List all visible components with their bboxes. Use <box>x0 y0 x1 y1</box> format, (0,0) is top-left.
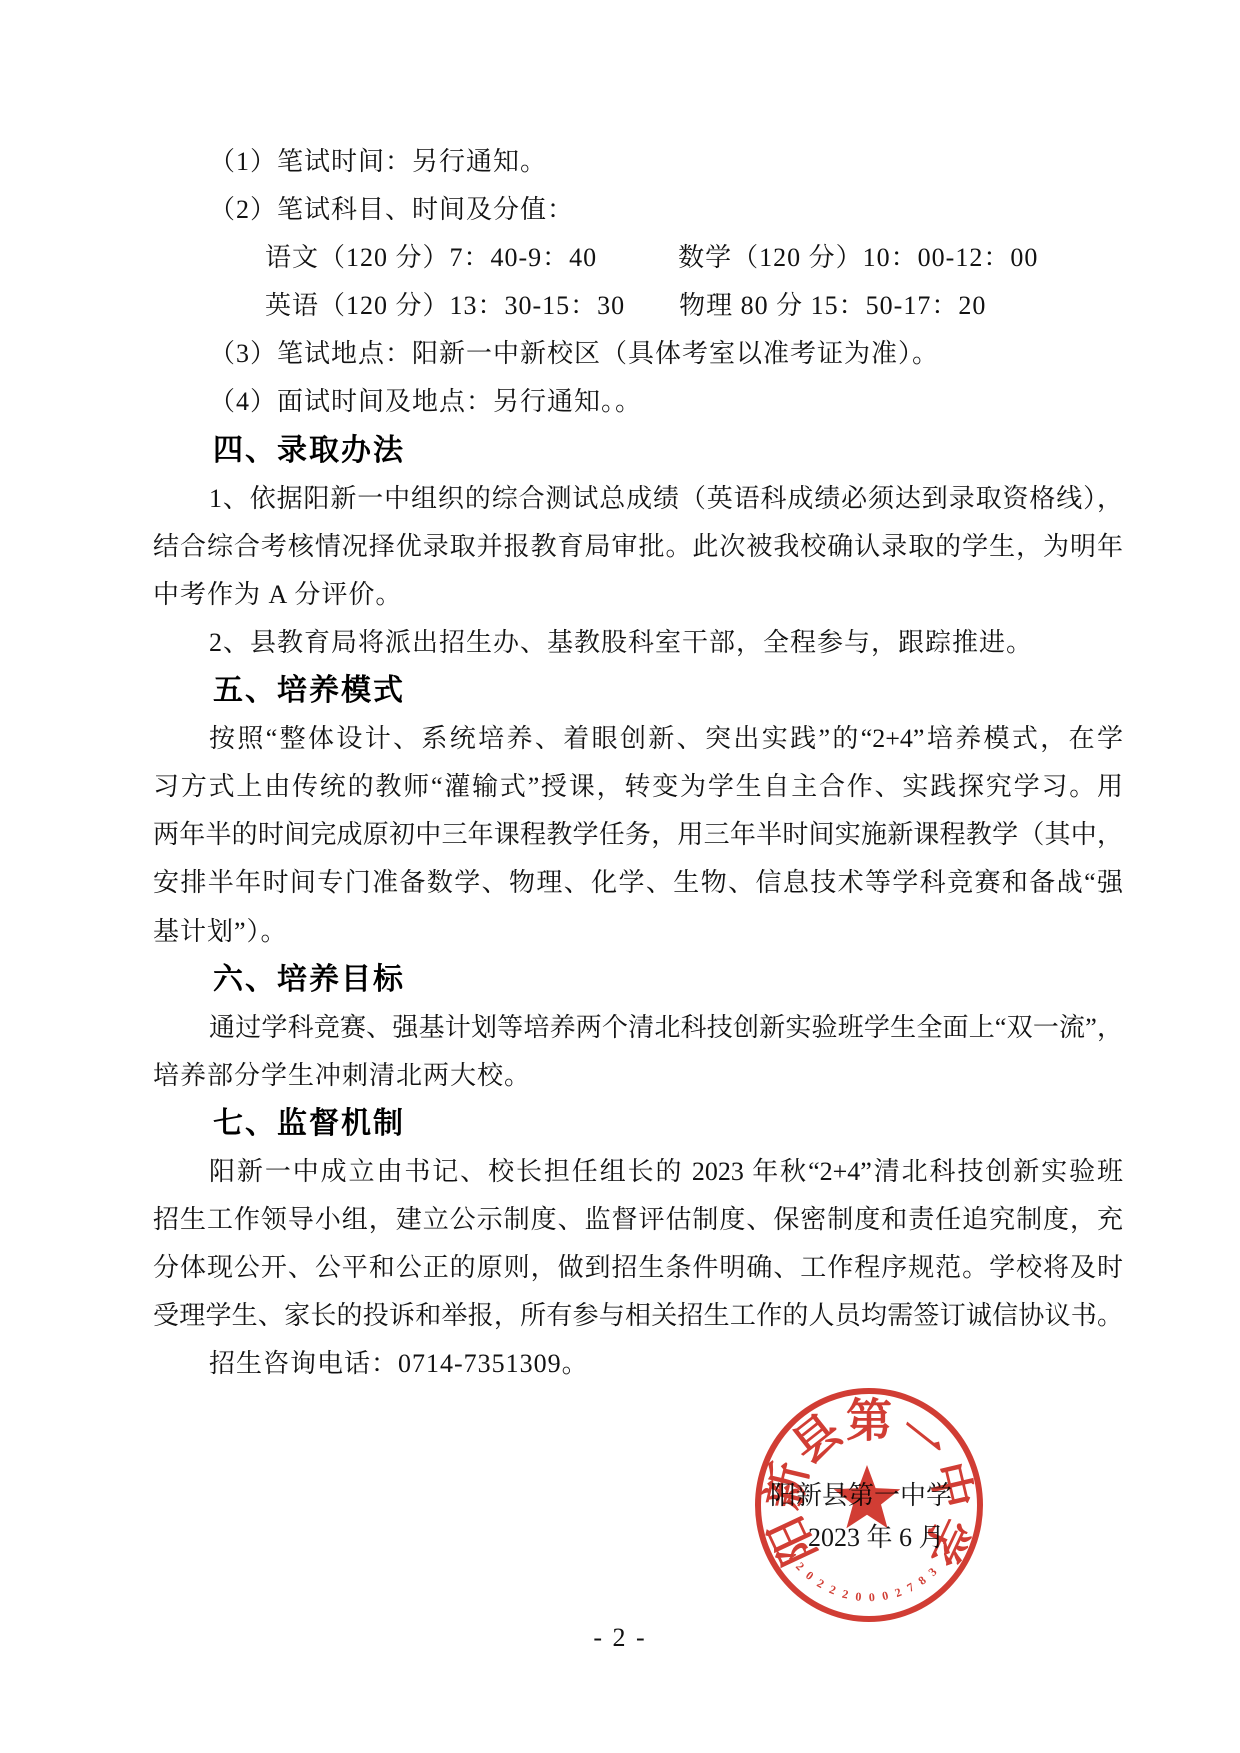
document-line: 通过学科竞赛、强基计划等培养两个清北科技创新实验班学生全面上“双一流”， <box>153 1004 1123 1052</box>
document-line: （4）面试时间及地点：另行通知。。 <box>153 378 1123 426</box>
seal-ring-char: 县 <box>783 1405 851 1474</box>
document-line: 五、培养模式 <box>153 667 1123 715</box>
document-line: 受理学生、家长的投诉和举报，所有参与相关招生工作的人员均需签订诚信协议书。 <box>153 1292 1123 1340</box>
document-line: 按照“整体设计、系统培养、着眼创新、突出实践”的“2+4”培养模式，在学 <box>153 715 1123 763</box>
official-seal-icon: 阳新县第一中学 4202220002783 <box>755 1388 983 1622</box>
document-line: （2）笔试科目、时间及分值： <box>153 186 1123 234</box>
document-line: 中考作为 A 分评价。 <box>153 571 1123 619</box>
document-line: 阳新一中成立由书记、校长担任组长的 2023 年秋“2+4”清北科技创新实验班 <box>153 1148 1123 1196</box>
document-line: 七、监督机制 <box>153 1100 1123 1148</box>
document-line: 招生咨询电话：0714-7351309。 <box>153 1340 1123 1388</box>
document-line: 2、县教育局将派出招生办、基教股科室干部，全程参与，跟踪推进。 <box>153 619 1123 667</box>
document-line: 习方式上由传统的教师“灌输式”授课，转变为学生自主合作、实践探究学习。用 <box>153 763 1123 811</box>
document-line: 两年半的时间完成原初中三年课程教学任务，用三年半时间实施新课程教学（其中， <box>153 811 1123 859</box>
document-line: 招生工作领导小组，建立公示制度、监督评估制度、保密制度和责任追究制度，充 <box>153 1196 1123 1244</box>
document-line: 六、培养目标 <box>153 956 1123 1004</box>
seal-star-icon <box>834 1465 901 1528</box>
document-page: （1）笔试时间：另行通知。（2）笔试科目、时间及分值：语文（120 分）7：40… <box>0 0 1240 1753</box>
document-line: （3）笔试地点：阳新一中新校区（具体考室以准考证为准）。 <box>153 330 1123 378</box>
document-line: 安排半年时间专门准备数学、物理、化学、生物、信息技术等学科竞赛和备战“强 <box>153 859 1123 907</box>
seal-ring-char: 中 <box>921 1457 981 1513</box>
document-line: 英语（120 分）13：30-15：30 物理 80 分 15：50-17：20 <box>153 282 1123 330</box>
page-number: - 2 - <box>0 1622 1240 1654</box>
document-line: 分体现公开、公平和公正的原则，做到招生条件明确、工作程序规范。学校将及时 <box>153 1244 1123 1292</box>
document-line: 四、录取办法 <box>153 427 1123 475</box>
document-line: 1、依据阳新一中组织的综合测试总成绩（英语科成绩必须达到录取资格线）， <box>153 475 1123 523</box>
document-line: 培养部分学生冲刺清北两大校。 <box>153 1052 1123 1100</box>
document-line: 基计划”）。 <box>153 908 1123 956</box>
document-line: （1）笔试时间：另行通知。 <box>153 138 1123 186</box>
document-body: （1）笔试时间：另行通知。（2）笔试科目、时间及分值：语文（120 分）7：40… <box>153 138 1123 1388</box>
document-line: 结合综合考核情况择优录取并报教育局审批。此次被我校确认录取的学生，为明年 <box>153 523 1123 571</box>
seal-ring-char: 第 <box>846 1396 892 1447</box>
document-line: 语文（120 分）7：40-9：40 数学（120 分）10：00-12：00 <box>153 234 1123 282</box>
